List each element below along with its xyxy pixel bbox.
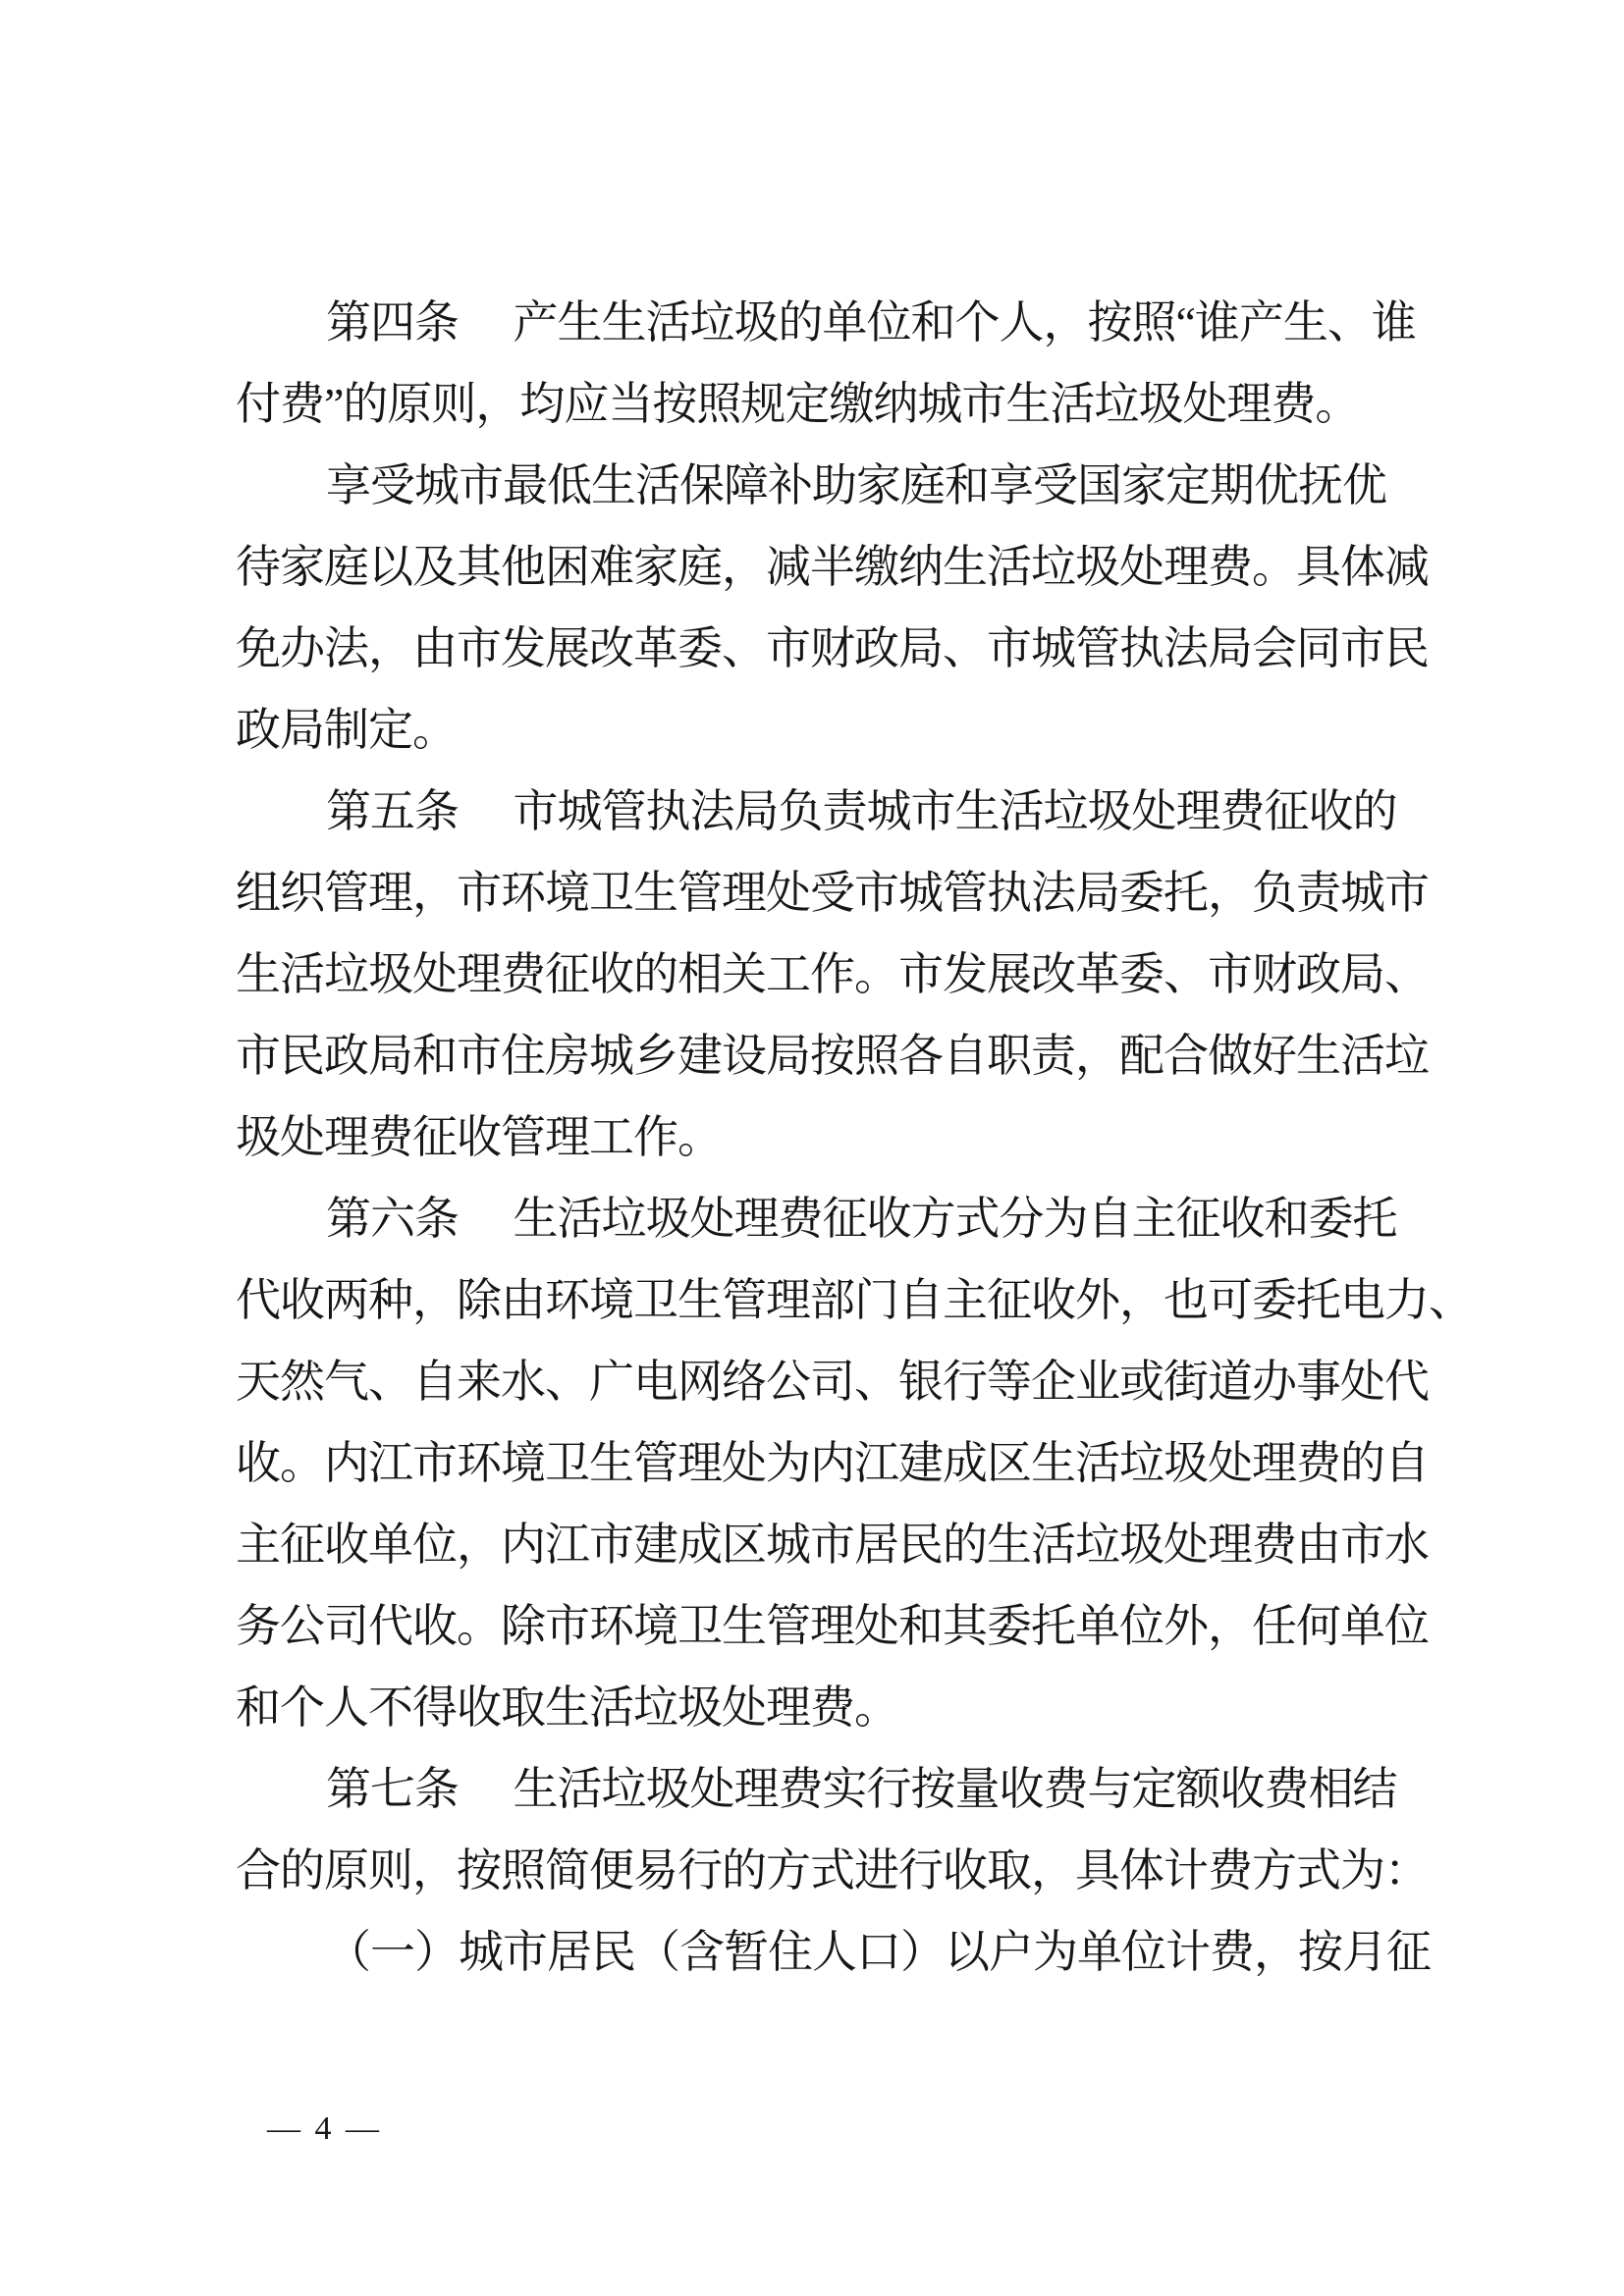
text-line: 收。内江市环境卫生管理处为内江建成区生活垃圾处理费的自 <box>236 1422 1424 1504</box>
page-footer: — 4 — <box>222 2061 382 2197</box>
text-line: 免办法，由市发展改革委、市财政局、市城管执法局会同市民 <box>236 608 1424 689</box>
text-line: 市民政局和市住房城乡建设局按照各自职责，配合做好生活垃 <box>236 1015 1424 1096</box>
document-page: 第四条 产生生活垃圾的单位和个人，按照“谁产生、谁 付费”的原则，均应当按照规定… <box>0 0 1624 2296</box>
text-line: 和个人不得收取生活垃圾处理费。 <box>236 1667 1424 1748</box>
text-line: 第五条 市城管执法局负责城市生活垃圾处理费征收的 <box>236 771 1424 852</box>
text-line: 第四条 产生生活垃圾的单位和个人，按照“谁产生、谁 <box>236 282 1424 363</box>
text-line: 享受城市最低生活保障补助家庭和享受国家定期优抚优 <box>236 445 1424 526</box>
text-line: 合的原则，按照简便易行的方式进行收取，具体计费方式为： <box>236 1830 1424 1911</box>
text-line: 第七条 生活垃圾处理费实行按量收费与定额收费相结 <box>236 1748 1424 1830</box>
page-number: — 4 — <box>267 2110 382 2147</box>
text-line: 务公司代收。除市环境卫生管理处和其委托单位外，任何单位 <box>236 1585 1424 1667</box>
text-line: 代收两种，除由环境卫生管理部门自主征收外，也可委托电力、 <box>236 1259 1424 1341</box>
text-line: 天然气、自来水、广电网络公司、银行等企业或街道办事处代 <box>236 1341 1424 1422</box>
text-line: 圾处理费征收管理工作。 <box>236 1096 1424 1178</box>
text-line: 组织管理，市环境卫生管理处受市城管执法局委托，负责城市 <box>236 852 1424 934</box>
text-line: 第六条 生活垃圾处理费征收方式分为自主征收和委托 <box>236 1178 1424 1259</box>
text-line: 付费”的原则，均应当按照规定缴纳城市生活垃圾处理费。 <box>236 363 1424 445</box>
document-body: 第四条 产生生活垃圾的单位和个人，按照“谁产生、谁 付费”的原则，均应当按照规定… <box>236 282 1424 1993</box>
text-line: 待家庭以及其他困难家庭，减半缴纳生活垃圾处理费。具体减 <box>236 526 1424 608</box>
text-line: 政局制定。 <box>236 689 1424 771</box>
text-line: 主征收单位，内江市建成区城市居民的生活垃圾处理费由市水 <box>236 1504 1424 1585</box>
text-line: （一）城市居民（含暂住人口）以户为单位计费，按月征 <box>236 1911 1424 1993</box>
text-line: 生活垃圾处理费征收的相关工作。市发展改革委、市财政局、 <box>236 934 1424 1015</box>
